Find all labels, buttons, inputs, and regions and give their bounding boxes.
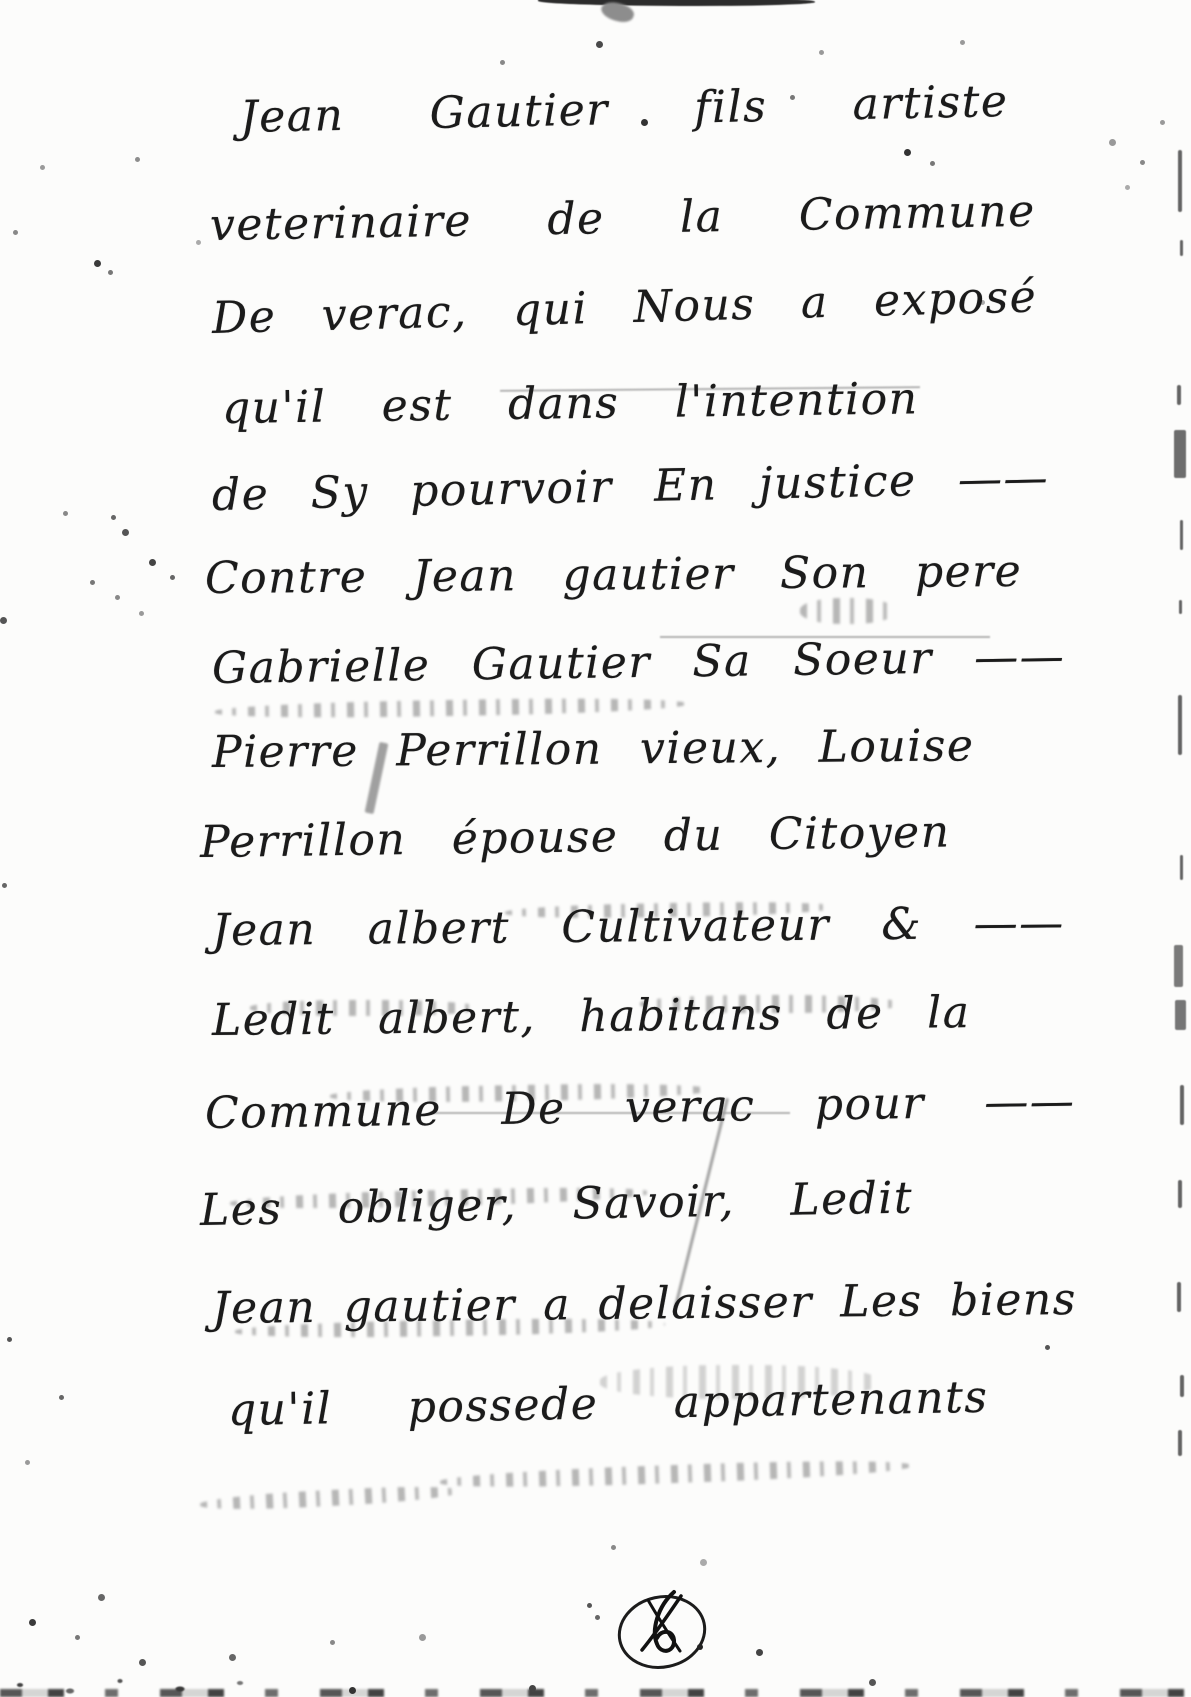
page-edge-mark <box>1174 945 1183 987</box>
manuscript-line: Contre Jean gautier Son pere <box>205 546 1023 604</box>
page-edge-mark <box>1180 855 1183 880</box>
manuscript-line: Perrillon épouse du Citoyen <box>200 807 951 868</box>
page-edge-mark <box>1177 1282 1181 1312</box>
page-edge-mark <box>1178 1180 1182 1208</box>
manuscript-line: Pierre Perrillon vieux, Louise <box>212 720 975 778</box>
manuscript-line: de Sy pourvoir En justice —— <box>211 452 1049 521</box>
page-edge-mark <box>1180 520 1183 550</box>
manuscript-line: qu'il est dans l'intention <box>222 373 919 434</box>
manuscript-line: Les obliger, Savoir, Ledit <box>200 1173 914 1236</box>
manuscript-line: veterinaire de la Commune <box>210 186 1036 251</box>
page-edge-mark <box>1180 240 1183 256</box>
page-edge-mark <box>1180 1085 1184 1125</box>
ink-speck-field <box>0 0 3 3</box>
manuscript-line: qu'il possede appartenants <box>228 1372 989 1436</box>
page-edge-mark <box>1179 600 1182 614</box>
page-edge-mark <box>1174 430 1186 478</box>
manuscript-line: Jean albert Cultivateur & —— <box>212 898 1065 956</box>
manuscript-line: Ledit albert, habitans de la <box>212 987 971 1046</box>
manuscript-line: Jean Gautier fils artiste <box>239 76 1008 143</box>
page-edge-mark <box>1178 150 1182 212</box>
page-edge-mark <box>1178 1430 1182 1456</box>
page-edge-mark <box>1175 1000 1186 1030</box>
page-edge-mark <box>1180 1375 1184 1397</box>
bleed-through-mark <box>800 598 895 624</box>
bleed-through-mark <box>440 1457 910 1491</box>
page-edge-mark <box>1177 385 1181 405</box>
top-edge-ink-smudge <box>538 0 815 6</box>
bottom-left-speck-cluster <box>0 1655 300 1697</box>
page-edge-mark <box>1178 695 1182 755</box>
manuscript-page: Jean Gautier fils artiste veterinaire de… <box>0 0 1191 1697</box>
manuscript-line: Commune De verac pour —— <box>205 1076 1076 1139</box>
manuscript-line: Gabrielle Gautier Sa Soeur —— <box>212 631 1066 694</box>
bleed-through-mark <box>200 1483 460 1513</box>
paraph-monogram-icon <box>612 1586 712 1678</box>
manuscript-line: De verac, qui Nous a exposé <box>211 271 1037 344</box>
bleed-through-mark <box>215 696 685 720</box>
manuscript-line: Jean gautier a delaisser Les biens <box>212 1274 1077 1334</box>
